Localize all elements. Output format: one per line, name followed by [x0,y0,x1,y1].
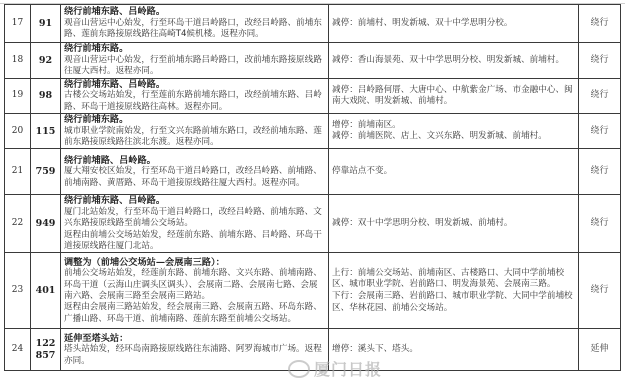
table-row: 23 401 调整为（前埔公交场站—会展南三路）：前埔公交场站始发，经莲前东路、… [5,253,621,329]
table-row: 22 949 绕行前埔东路、吕岭路。厦门北站始发，行至环岛干道吕岭路口，改经吕岭… [5,195,621,253]
route-detail: 返程由会展南三路站始发，经会展南三路、会展南五路、环岛东路、广播山路、环岛干道、… [64,302,325,325]
adjustment-type: 绕行 [579,5,621,43]
route-heading: 绕行前埔东路、吕岭路。 [64,195,325,206]
row-index: 21 [5,149,31,195]
route-description: 绕行前埔东路、吕岭路。观音山营运中心始发，行至环岛干道吕岭路口，改经吕岭路、前埔… [61,5,329,43]
stop-change-line: 减停：吕岭路何厝、大唐中心、中航紫金广场、市金融中心、闽南大戏院、明发新城、前埔… [332,85,575,108]
watermark: 厦门日报 [288,357,382,380]
row-index: 22 [5,195,31,253]
route-detail: 返程由前埔公交场站始发，经莲前东路、前埔东路、吕岭路、环岛干道接原线路往厦门北站… [64,230,325,253]
stop-change-line: 下行：会展南三路、岩前路口、城市职业学院、大同中学前埔校区、华林花园、前埔公交场… [332,291,575,314]
stop-changes: 停靠站点不变。 [329,149,579,195]
route-detail: 厦门北站始发，行至环岛干道吕岭路口，改经吕岭路、前埔东路、文兴东路接原线路至前埔… [64,207,325,230]
route-heading: 绕行前埔东路。 [64,43,325,54]
route-description: 绕行前埔东路、吕岭路。古楼公交场站始发，行至莲前东路前埔东路口，改经前埔东路、吕… [61,79,329,114]
adjustment-type: 绕行 [579,79,621,114]
route-detail: 观音山营运中心始发，行至前埔东路吕岭路口，改前埔东路接原线路往厦大西村。返程亦同… [64,55,325,78]
row-index: 20 [5,114,31,149]
bus-line-number: 115 [31,114,61,149]
bus-line-number: 122857 [31,329,61,371]
route-detail: 观音山营运中心始发，行至环岛干道吕岭路口，改经吕岭路、前埔东路、莲前东路接原线路… [64,18,325,41]
row-index: 23 [5,253,31,329]
bus-line-number: 949 [31,195,61,253]
stop-change-line: 增停：溪头下、塔头。 [332,344,575,356]
adjustment-type: 绕行 [579,195,621,253]
table-row: 18 92 绕行前埔东路。观音山营运中心始发，行至前埔东路吕岭路口，改前埔东路接… [5,43,621,79]
stop-changes: 减停：前埔村、明发新城、双十中学思明分校。 [329,5,579,43]
stop-change-line: 减停：前埔村、明发新城、双十中学思明分校。 [332,18,575,30]
stop-change-line: 增停：前埔南区。 [332,120,575,132]
stop-changes: 减停：香山海景苑、双十中学思明分校、明发新城、前埔村。 [329,43,579,79]
route-heading: 绕行前埔东路、吕岭路。 [64,6,325,17]
bus-line-number: 759 [31,149,61,195]
route-heading: 调整为（前埔公交场站—会展南三路）： [64,257,325,268]
row-index: 18 [5,43,31,79]
route-detail: 厦大翔安校区始发，行至环岛干道吕岭路口，改经吕岭路、前埔路、前埔南路、黄厝路、环… [64,166,325,189]
route-description: 绕行前埔东路。城市职业学院南始发，行至文兴东路前埔东路口，改经前埔东路、莲前东路… [61,114,329,149]
route-description: 绕行前埔东路。观音山营运中心始发，行至前埔东路吕岭路口，改前埔东路接原线路往厦大… [61,43,329,79]
adjustment-type: 绕行 [579,43,621,79]
stop-change-line: 减停：前埔医院、店上、文兴东路、明发新城、前埔村。 [332,131,575,143]
route-detail: 城市职业学院南始发，行至文兴东路前埔东路口，改经前埔东路、莲前东路接原线路往滨北… [64,126,325,149]
bus-line-number: 98 [31,79,61,114]
row-index: 17 [5,5,31,43]
route-heading: 绕行前埔路、吕岭路。 [64,155,325,166]
table-row: 19 98 绕行前埔东路、吕岭路。古楼公交场站始发，行至莲前东路前埔东路口，改经… [5,79,621,114]
adjustment-type: 绕行 [579,149,621,195]
route-detail: 塔头站始发，经环岛南路接原线路往东浦路、阿罗海城市广场。返程亦同。 [64,344,325,367]
bus-line-number-part: 857 [34,350,57,362]
stop-changes: 减停：吕岭路何厝、大唐中心、中航紫金广场、市金融中心、闽南大戏院、明发新城、前埔… [329,79,579,114]
bus-line-number: 401 [31,253,61,329]
adjustment-type: 延伸 [579,329,621,371]
route-heading: 延伸至塔头站： [64,333,325,344]
route-detail: 前埔公交场站始发，经莲前东路、前埔东路、文兴东路、前埔南路、环岛干道（云海山庄调… [64,268,325,302]
stop-changes: 上行：前埔公交场站、前埔南区、古楼路口、大同中学前埔校区、城市职业学院、岩前路口… [329,253,579,329]
bus-route-adjustment-table: 17 91 绕行前埔东路、吕岭路。观音山营运中心始发，行至环岛干道吕岭路口，改经… [4,4,621,371]
route-description: 绕行前埔路、吕岭路。厦大翔安校区始发，行至环岛干道吕岭路口，改经吕岭路、前埔路、… [61,149,329,195]
route-heading: 绕行前埔东路。 [64,114,325,125]
adjustment-type: 绕行 [579,253,621,329]
watermark-text: 厦门日报 [314,357,382,380]
row-index: 24 [5,329,31,371]
route-detail: 古楼公交场站始发，行至莲前东路前埔东路口，改经前埔东路、吕岭路、环岛干道接原线路… [64,90,325,113]
bus-line-number: 91 [31,5,61,43]
table-row: 17 91 绕行前埔东路、吕岭路。观音山营运中心始发，行至环岛干道吕岭路口，改经… [5,5,621,43]
stop-change-line: 上行：前埔公交场站、前埔南区、古楼路口、大同中学前埔校区、城市职业学院、岩前路口… [332,268,575,291]
stop-change-line: 停靠站点不变。 [332,166,575,178]
route-heading: 绕行前埔东路、吕岭路。 [64,79,325,90]
stop-changes: 增停：前埔南区。减停：前埔医院、店上、文兴东路、明发新城、前埔村。 [329,114,579,149]
row-index: 19 [5,79,31,114]
stop-change-line: 减停：双十中学思明分校、明发新城、前埔村。 [332,218,575,230]
weibo-logo-icon [288,360,310,378]
route-description: 调整为（前埔公交场站—会展南三路）：前埔公交场站始发，经莲前东路、前埔东路、文兴… [61,253,329,329]
bus-line-number-part: 122 [34,338,57,350]
route-description: 绕行前埔东路、吕岭路。厦门北站始发，行至环岛干道吕岭路口，改经吕岭路、前埔东路、… [61,195,329,253]
adjustment-type: 绕行 [579,114,621,149]
table-row: 20 115 绕行前埔东路。城市职业学院南始发，行至文兴东路前埔东路口，改经前埔… [5,114,621,149]
table-row: 21 759 绕行前埔路、吕岭路。厦大翔安校区始发，行至环岛干道吕岭路口，改经吕… [5,149,621,195]
stop-change-line: 减停：香山海景苑、双十中学思明分校、明发新城、前埔村。 [332,55,575,67]
stop-changes: 减停：双十中学思明分校、明发新城、前埔村。 [329,195,579,253]
bus-line-number: 92 [31,43,61,79]
